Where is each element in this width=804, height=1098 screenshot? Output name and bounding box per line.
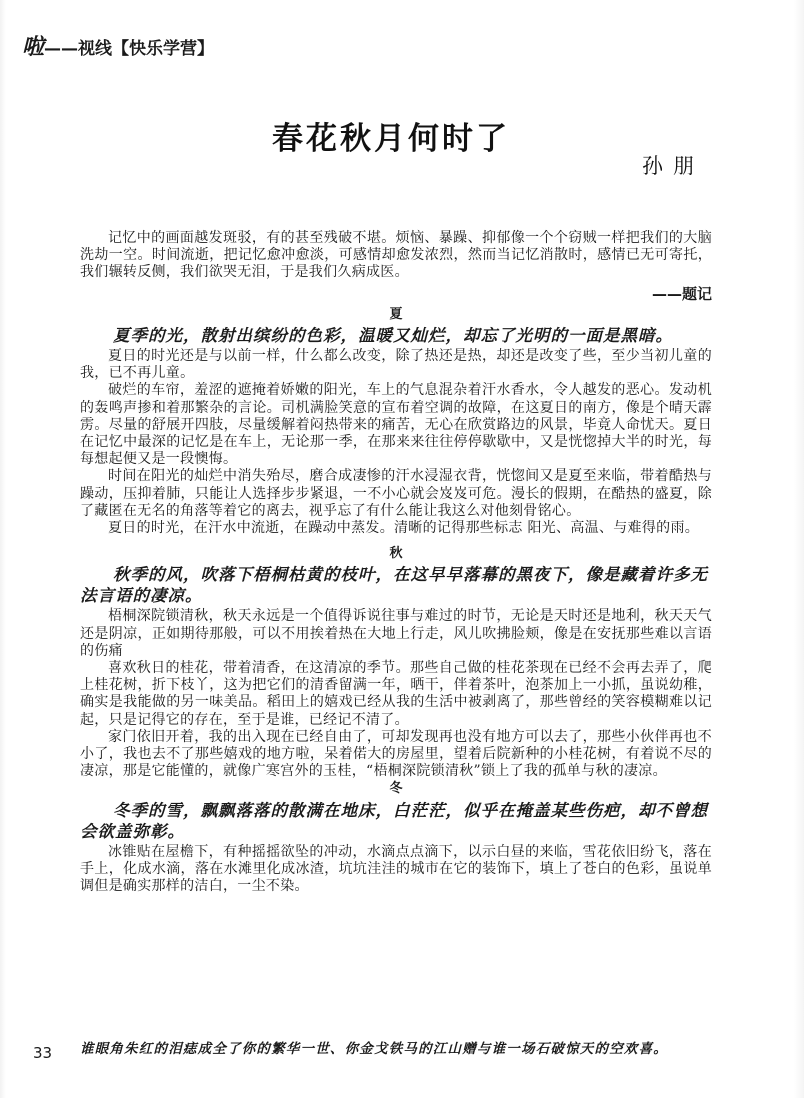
page-number: 33 [33,1044,52,1062]
article-author: 孙朋 [642,150,704,180]
section-lead: 冬季的雪，飘飘落落的散满在地床，白茫茫，似乎在掩盖某些伤疤，却不曾想会欲盖弥彰。 [80,800,712,842]
paragraph: 冰锥贴在屋檐下，有种摇摇欲坠的冲动，水滴点点滴下，以示白昼的来临，雪花依旧纷飞，… [80,844,712,896]
season-heading: 秋 [80,545,712,562]
article-body: 记忆中的画面越发斑驳，有的甚至残破不堪。烦恼、暴躁、抑郁像一个个窃贼一样把我们的… [80,230,712,895]
column-header: 啦——视线【快乐学营】 [22,30,214,61]
page-edge-right [794,0,804,1098]
paragraph: 梧桐深院锁清秋，秋天永远是一个值得诉说往事与难过的时节，无论是天时还是地利，秋天… [80,608,712,660]
header-brush-char: 啦 [22,34,44,60]
paragraph: 家门依旧开着，我的出入现在已经自由了，可却发现再也没有地方可以去了，那些小伙伴再… [80,729,712,781]
paragraph: 夏日的时光还是与以前一样，什么都么改变，除了热还是热，却还是改变了些，至少当初儿… [80,348,712,382]
page-edge-left [0,0,6,1098]
paragraph: 喜欢秋日的桂花，带着清香，在这清凉的季节。那些自己做的桂花茶现在已经不会再去弄了… [80,660,712,729]
section-lead: 夏季的光，散射出缤纷的色彩，温暖又灿烂，却忘了光明的一面是黑暗。 [80,325,712,346]
season-heading: 夏 [80,306,712,323]
footer-quote: 谁眼角朱红的泪痣成全了你的繁华一世、你金戈铁马的江山赠与谁一场石破惊天的空欢喜。 [80,1040,712,1058]
paragraph: 夏日的时光，在汗水中流逝，在躁动中蒸发。清晰的记得那些标志 阳光、高温、与难得的… [80,520,712,537]
preface: 记忆中的画面越发斑驳，有的甚至残破不堪。烦恼、暴躁、抑郁像一个个窃贼一样把我们的… [80,230,712,282]
section-summer: 夏 夏季的光，散射出缤纷的色彩，温暖又灿烂，却忘了光明的一面是黑暗。 夏日的时光… [80,306,712,537]
article-title: 春花秋月何时了 [272,113,510,158]
preface-signoff: ——题记 [80,286,712,303]
section-autumn: 秋 秋季的风，吹落下梧桐枯黄的枝叶，在这早早落幕的黑夜下，像是藏着许多无法言语的… [80,545,712,780]
section-winter: 冬 冬季的雪，飘飘落落的散满在地床，白茫茫，似乎在掩盖某些伤疤，却不曾想会欲盖弥… [80,780,712,895]
season-heading: 冬 [80,780,712,797]
paragraph: 时间在阳光的灿烂中消失殆尽，磨合成凄惨的汗水浸湿衣背，恍惚间又是夏至来临，带着酷… [80,468,712,520]
paragraph: 破烂的车帘，羞涩的遮掩着娇嫩的阳光，车上的气息混杂着汗水香水，令人越发的恶心。发… [80,382,712,468]
section-lead: 秋季的风，吹落下梧桐枯黄的枝叶，在这早早落幕的黑夜下，像是藏着许多无法言语的凄凉… [80,564,712,606]
header-text: ——视线【快乐学营】 [44,39,214,59]
